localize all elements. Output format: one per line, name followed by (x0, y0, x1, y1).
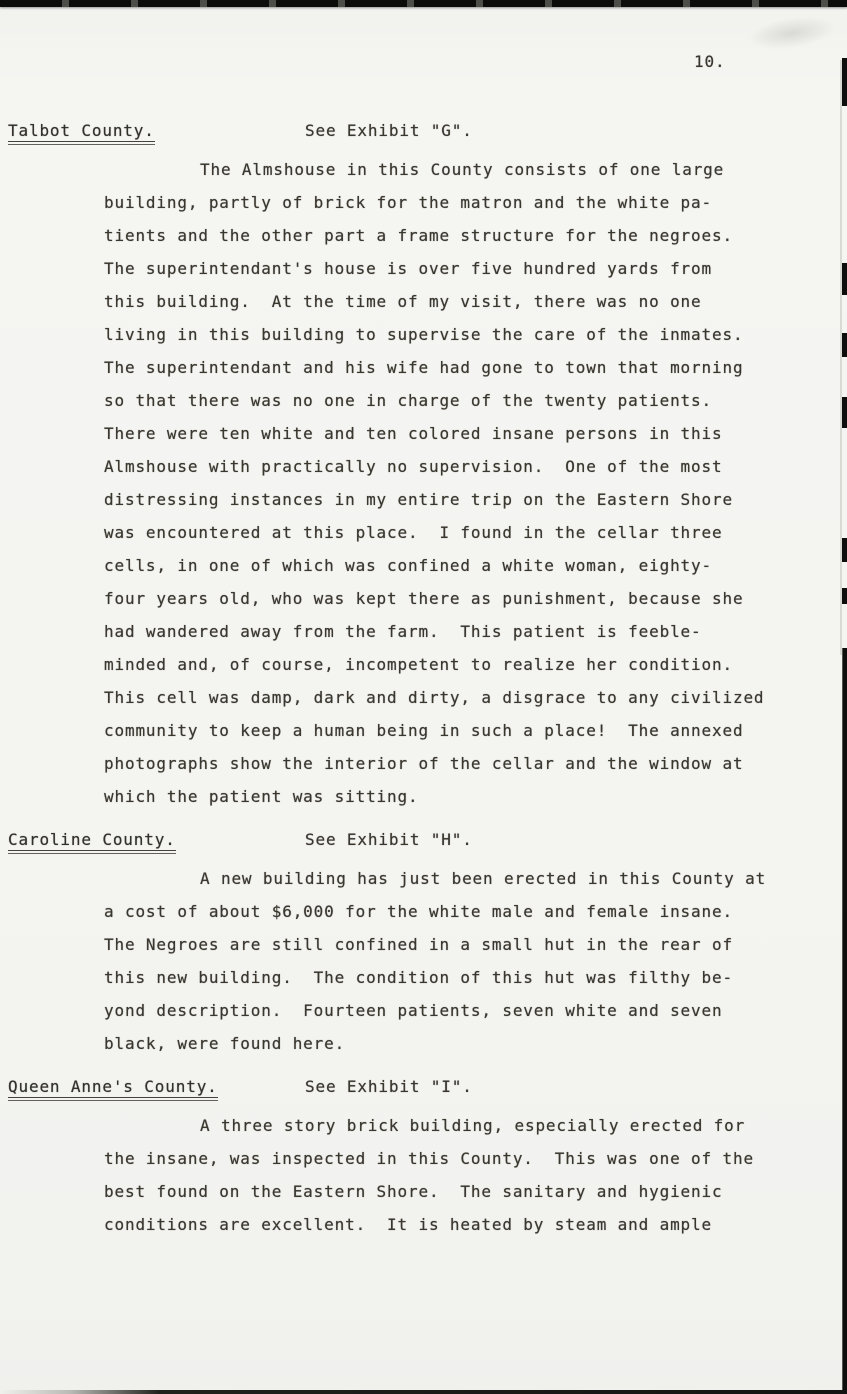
text-line: This cell was damp, dark and dirty, a di… (0, 681, 847, 714)
text-line: yond description. Fourteen patients, sev… (0, 994, 847, 1027)
section-talbot-county: Talbot County. See Exhibit "G". The Alms… (0, 119, 847, 813)
text-line: living in this building to supervise the… (0, 318, 847, 351)
page-number: 10. (694, 52, 725, 71)
text-line: minded and, of course, incompetent to re… (0, 648, 847, 681)
text-line: building, partly of brick for the matron… (0, 186, 847, 219)
text-line: four years old, who was kept there as pu… (0, 582, 847, 615)
film-edge-mark (842, 58, 847, 106)
text-line: The superintendant and his wife had gone… (0, 351, 847, 384)
text-line: had wandered away from the farm. This pa… (0, 615, 847, 648)
paragraph: The Almshouse in this County consists of… (0, 153, 847, 813)
text-line: this new building. The condition of this… (0, 961, 847, 994)
text-line: this building. At the time of my visit, … (0, 285, 847, 318)
text-line: The Negroes are still confined in a smal… (0, 928, 847, 961)
section-heading: Queen Anne's County. (8, 1077, 218, 1101)
film-edge-top (0, 0, 847, 7)
exhibit-reference: See Exhibit "G". (305, 121, 473, 140)
scan-smudge (745, 12, 838, 54)
text-line: The superintendant's house is over five … (0, 252, 847, 285)
section-heading: Talbot County. (8, 121, 155, 145)
paragraph: A new building has just been erected in … (0, 862, 847, 1060)
text-line: distressing instances in my entire trip … (0, 483, 847, 516)
text-line: the insane, was inspected in this County… (0, 1142, 847, 1175)
text-line: community to keep a human being in such … (0, 714, 847, 747)
text-line: conditions are excellent. It is heated b… (0, 1208, 847, 1241)
text-line: A new building has just been erected in … (0, 862, 847, 895)
document-page: 10. Talbot County. See Exhibit "G". The … (0, 0, 847, 1394)
text-line: a cost of about $6,000 for the white mal… (0, 895, 847, 928)
text-line: which the patient was sitting. (0, 780, 847, 813)
section-heading: Caroline County. (8, 830, 176, 854)
text-line: best found on the Eastern Shore. The san… (0, 1175, 847, 1208)
section-queen-annes-county: Queen Anne's County. See Exhibit "I". A … (0, 1075, 847, 1241)
section-caroline-county: Caroline County. See Exhibit "H". A new … (0, 828, 847, 1060)
text-line: black, were found here. (0, 1027, 847, 1060)
text-line: There were ten white and ten colored ins… (0, 417, 847, 450)
text-line: photographs show the interior of the cel… (0, 747, 847, 780)
exhibit-reference: See Exhibit "I". (305, 1077, 473, 1096)
text-line: was encountered at this place. I found i… (0, 516, 847, 549)
text-line: cells, in one of which was confined a wh… (0, 549, 847, 582)
text-line: A three story brick building, especially… (0, 1109, 847, 1142)
film-edge-bottom (0, 1390, 847, 1394)
text-line: tients and the other part a frame struct… (0, 219, 847, 252)
text-line: so that there was no one in charge of th… (0, 384, 847, 417)
exhibit-reference: See Exhibit "H". (305, 830, 473, 849)
paragraph: A three story brick building, especially… (0, 1109, 847, 1241)
text-line: Almshouse with practically no supervisio… (0, 450, 847, 483)
text-line: The Almshouse in this County consists of… (0, 153, 847, 186)
